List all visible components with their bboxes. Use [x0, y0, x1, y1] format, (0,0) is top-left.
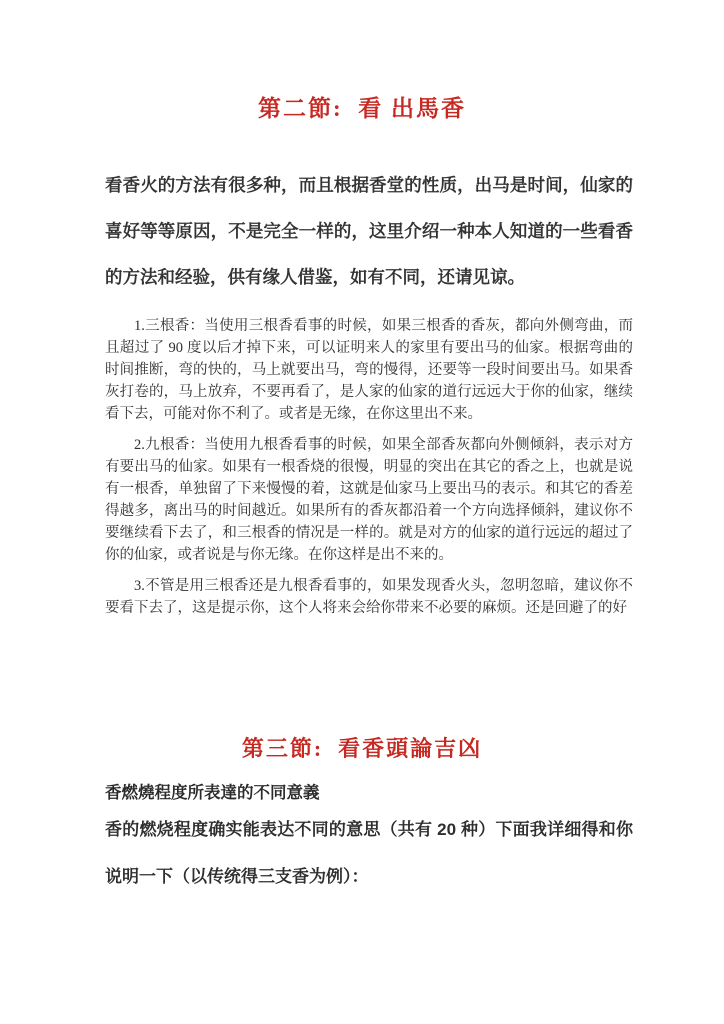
section2-title: 第二節: 看 出馬香 [0, 90, 724, 123]
section3-body: 香的燃烧程度确实能表达不同的意思（共有 20 种）下面我详细得和你说明一下（以传… [105, 806, 633, 900]
paragraph-flickering-incense: 3.不管是用三根香还是九根香看事的，如果发现香火头，忽明忽暗，建议你不要看下去了… [105, 575, 633, 619]
document-page: 第二節: 看 出馬香 看香火的方法有很多种，而且根据香堂的性质，出马是时间，仙家… [0, 0, 724, 1024]
paragraph-nine-incense: 2.九根香：当使用九根香看事的时候，如果全部香灰都向外侧倾斜，表示对方有要出马的… [105, 434, 633, 566]
section2-paragraphs: 1.三根香：当使用三根香看事的时候，如果三根香的香灰，都向外侧弯曲，而且超过了 … [105, 315, 633, 628]
section2-intro: 看香火的方法有很多种，而且根据香堂的性质，出马是时间，仙家的喜好等等原因，不是完… [105, 162, 633, 300]
section3-subheading: 香燃燒程度所表達的不同意義 [105, 779, 633, 803]
section3-title: 第三節: 看香頭論吉凶 [0, 732, 724, 763]
paragraph-three-incense: 1.三根香：当使用三根香看事的时候，如果三根香的香灰，都向外侧弯曲，而且超过了 … [105, 315, 633, 425]
